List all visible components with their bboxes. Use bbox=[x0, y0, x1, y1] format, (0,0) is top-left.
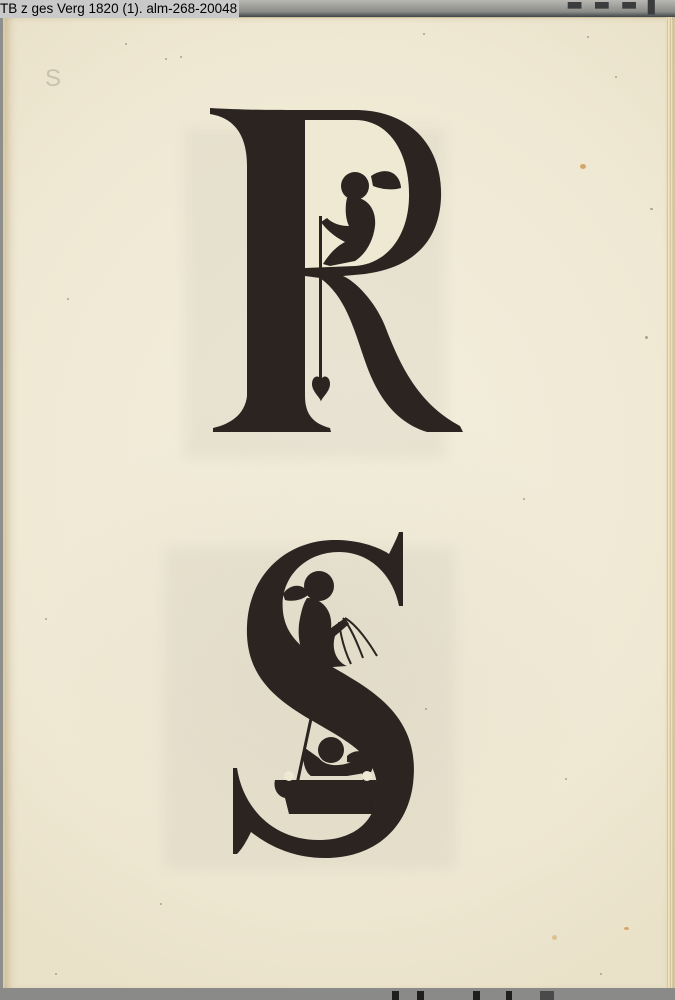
document-viewer: ▬ ▬ ▬ ▌ TB z ges Verg 1820 (1). alm-268-… bbox=[0, 0, 675, 1000]
paper-speck bbox=[55, 973, 57, 975]
faint-page-mark: S bbox=[45, 65, 61, 93]
paper-speck bbox=[523, 498, 525, 500]
paper-speck bbox=[423, 33, 425, 35]
decorated-initial-s bbox=[227, 528, 423, 860]
scan-bottom-border bbox=[0, 988, 675, 1000]
paper-stain bbox=[552, 935, 557, 940]
paper-speck bbox=[160, 903, 162, 905]
paper-speck bbox=[615, 76, 617, 78]
paper-speck bbox=[165, 58, 167, 60]
paper-speck bbox=[425, 708, 427, 710]
paper-speck bbox=[125, 43, 127, 45]
adjacent-page-text-fragment bbox=[506, 991, 512, 1000]
paper-speck bbox=[67, 298, 69, 300]
paper-speck bbox=[45, 618, 47, 620]
adjacent-page-text-fragment: ▬ ▬ ▬ ▌ bbox=[566, 0, 664, 15]
decorated-initial-r bbox=[205, 106, 467, 436]
paper-speck bbox=[587, 36, 589, 38]
image-caption: TB z ges Verg 1820 (1). alm-268-20048 bbox=[0, 0, 239, 18]
paper-speck bbox=[645, 336, 648, 339]
paper-speck bbox=[600, 973, 602, 975]
paper-speck bbox=[180, 56, 182, 58]
page-edge bbox=[666, 17, 672, 989]
book-page: S bbox=[3, 17, 675, 990]
adjacent-page-text-fragment bbox=[473, 991, 480, 1000]
paper-speck bbox=[650, 208, 653, 210]
paper-stain bbox=[624, 927, 629, 930]
adjacent-page-text-fragment bbox=[392, 991, 399, 1000]
paper-stain bbox=[580, 164, 586, 169]
adjacent-page-text-fragment bbox=[417, 991, 424, 1000]
paper-speck bbox=[565, 778, 567, 780]
adjacent-page-text-fragment bbox=[540, 991, 554, 1000]
